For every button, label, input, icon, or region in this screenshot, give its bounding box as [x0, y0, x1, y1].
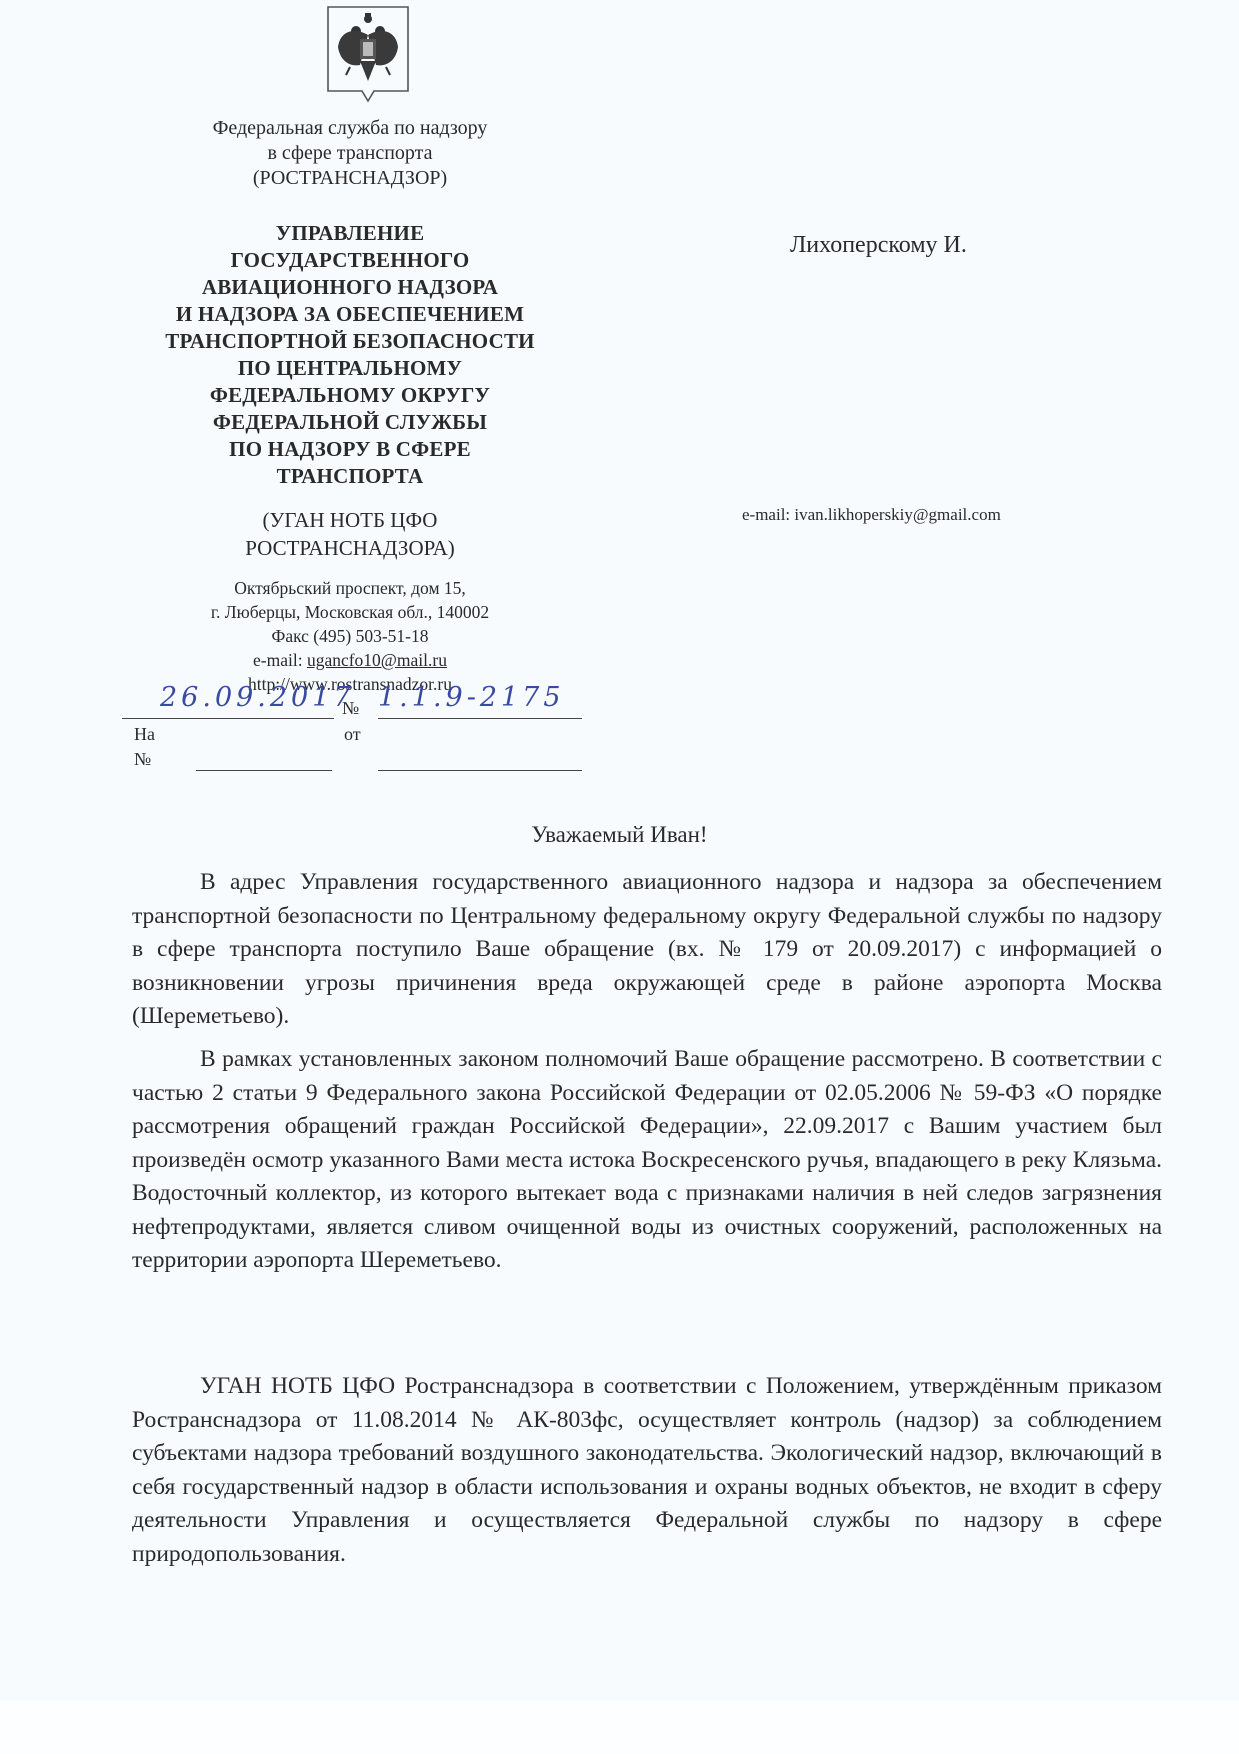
outgoing-date-handwritten: 26.09.2017: [160, 682, 355, 713]
address-line: г. Люберцы, Московская обл., 140002: [120, 600, 580, 624]
letter-paragraph: УГАН НОТБ ЦФО Ространснадзора в соответс…: [132, 1370, 1162, 1571]
reply-to-label: На: [134, 724, 155, 745]
department-line: ФЕДЕРАЛЬНОЙ СЛУЖБЫ: [120, 409, 580, 436]
paragraph-text: В адрес Управления государственного авиа…: [132, 866, 1162, 1034]
department-line: ПО ЦЕНТРАЛЬНОМУ: [120, 355, 580, 382]
email-link[interactable]: ugancfo10@mail.ru: [307, 650, 447, 670]
email-label: e-mail:: [253, 650, 307, 670]
reply-to-number-label: №: [134, 749, 151, 770]
abbreviation-line: РОСТРАНСНАДЗОРА): [120, 534, 580, 562]
department-line: ГОСУДАРСТВЕННОГО: [120, 247, 580, 274]
reply-date-underline: [378, 770, 582, 771]
number-label: №: [342, 698, 359, 719]
outgoing-number-handwritten: 1.1.9-2175: [378, 682, 565, 713]
coat-of-arms-icon: [326, 5, 410, 105]
salutation: Уважаемый Иван!: [0, 822, 1239, 848]
number-underline: [378, 718, 582, 719]
recipient-name: Лихоперскому И.: [790, 232, 967, 259]
letter-paragraph: В адрес Управления государственного авиа…: [132, 866, 1162, 1034]
contact-email: e-mail: ugancfo10@mail.ru: [120, 648, 580, 672]
from-label: от: [344, 724, 361, 745]
fax: Факс (495) 503-51-18: [120, 624, 580, 648]
abbreviation-line: (УГАН НОТБ ЦФО: [120, 506, 580, 534]
department-line: УПРАВЛЕНИЕ: [120, 220, 580, 247]
contact-block: Октябрьский проспект, дом 15, г. Люберцы…: [120, 576, 580, 696]
paragraph-text: В рамках установленных законом полномочи…: [132, 1043, 1162, 1278]
department-abbreviation: (УГАН НОТБ ЦФО РОСТРАНСНАДЗОРА): [120, 506, 580, 562]
department-line: ТРАНСПОРТА: [120, 463, 580, 490]
service-line: Федеральная служба по надзору: [120, 116, 580, 141]
department-line: ТРАНСПОРТНОЙ БЕЗОПАСНОСТИ: [120, 328, 580, 355]
address-line: Октябрьский проспект, дом 15,: [120, 576, 580, 600]
official-letter: Федеральная служба по надзору в сфере тр…: [0, 0, 1239, 1754]
reply-number-underline: [196, 770, 332, 771]
service-name: Федеральная служба по надзору в сфере тр…: [120, 116, 580, 191]
department-line: ПО НАДЗОРУ В СФЕРЕ: [120, 436, 580, 463]
paragraph-text: УГАН НОТБ ЦФО Ространснадзора в соответс…: [132, 1370, 1162, 1571]
department-line: ФЕДЕРАЛЬНОМУ ОКРУГУ: [120, 382, 580, 409]
date-underline: [122, 718, 334, 719]
recipient-email: e-mail: ivan.likhoperskiy@gmail.com: [742, 505, 1001, 525]
department-name: УПРАВЛЕНИЕ ГОСУДАРСТВЕННОГО АВИАЦИОННОГО…: [120, 220, 580, 490]
department-line: И НАДЗОРА ЗА ОБЕСПЕЧЕНИЕМ: [120, 301, 580, 328]
letter-paragraph: В рамках установленных законом полномочи…: [132, 1043, 1162, 1278]
department-line: АВИАЦИОННОГО НАДЗОРА: [120, 274, 580, 301]
service-line: в сфере транспорта: [120, 141, 580, 166]
service-line: (РОСТРАНСНАДЗОР): [120, 166, 580, 191]
